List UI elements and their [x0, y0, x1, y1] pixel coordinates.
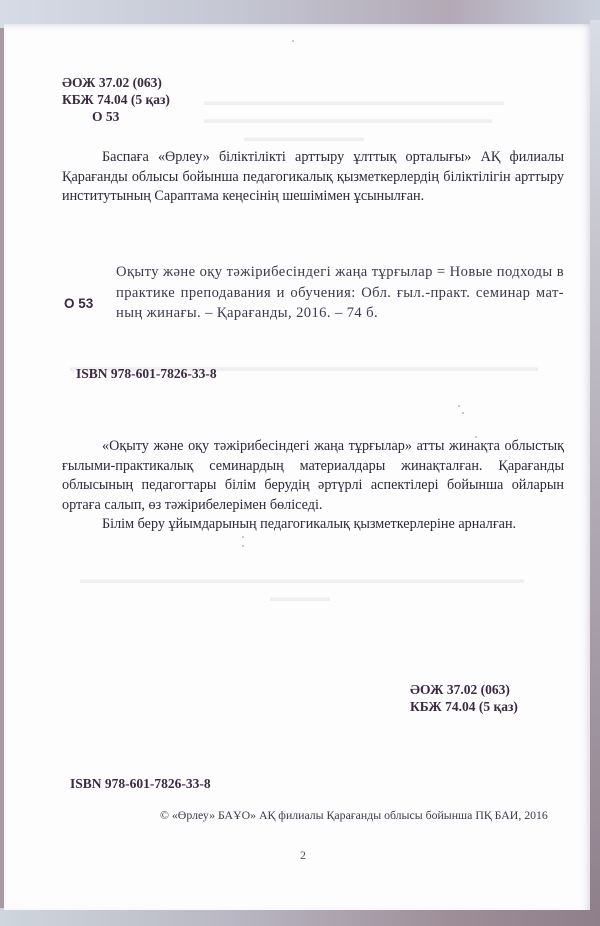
scan-speck — [458, 405, 460, 407]
page-number: 2 — [300, 848, 306, 863]
scan-speck — [475, 436, 477, 438]
scan-speck — [292, 40, 294, 42]
annotation-paragraph: «Оқыту және оқу тәжірибесіндегі жаңа тұр… — [62, 437, 564, 515]
isbn-top: ISBN 978-601-7826-33-8 — [76, 366, 217, 382]
author-mark: О 53 — [62, 108, 170, 125]
udc-code: ӘОЖ 37.02 (063) — [410, 682, 510, 697]
recommendation-text: Баспаға «Өрлеу» біліктілікті арттыру ұлт… — [62, 148, 564, 207]
lbc-code: КБЖ 74.04 (5 қаз) — [410, 699, 518, 714]
bleed-through-text: ▬▬▬▬▬▬▬▬▬▬▬▬▬▬▬▬▬▬▬▬▬▬▬▬ — [204, 112, 492, 127]
isbn-bottom: ISBN 978-601-7826-33-8 — [70, 776, 211, 792]
publisher-recommendation: Баспаға «Өрлеу» біліктілікті арттыру ұлт… — [62, 148, 564, 207]
copyright-notice: © «Өрлеу» БАҰО» АҚ филиалы Қарағанды обл… — [160, 808, 548, 823]
catalog-entry-text: Оқыту және оқу тәжірибесіндегі жаңа тұрғ… — [116, 262, 564, 324]
udc-code: ӘОЖ 37.02 (063) — [62, 75, 162, 90]
annotation: «Оқыту және оқу тәжірибесіндегі жаңа тұр… — [62, 437, 564, 535]
scan-right-edge — [590, 20, 600, 920]
bleed-through-text: ▬▬▬▬▬▬▬▬▬▬▬▬▬▬▬▬▬▬▬▬▬▬▬▬▬▬▬▬▬▬▬▬▬▬▬▬▬ — [80, 572, 524, 587]
udc-classification-top: ӘОЖ 37.02 (063) КБЖ 74.04 (5 қаз) О 53 — [62, 74, 170, 125]
lbc-code: КБЖ 74.04 (5 қаз) — [62, 92, 170, 107]
scan-bottom-edge — [0, 908, 600, 926]
scan-speck — [242, 536, 244, 538]
scan-speck — [462, 412, 464, 414]
bleed-through-text: ▬▬▬▬▬ — [270, 590, 330, 605]
annotation-audience: Білім беру ұйымдарының педагогикалық қыз… — [62, 515, 564, 535]
scan-speck — [242, 545, 244, 547]
udc-classification-bottom: ӘОЖ 37.02 (063) КБЖ 74.04 (5 қаз) — [410, 681, 518, 715]
catalog-author-mark: О 53 — [64, 296, 93, 311]
bleed-through-text: ▬▬▬▬▬▬▬▬▬▬▬▬▬▬▬▬▬▬▬▬▬▬▬▬▬ — [204, 94, 504, 109]
bleed-through-text: ▬▬▬▬▬▬▬▬▬▬ — [244, 130, 364, 145]
